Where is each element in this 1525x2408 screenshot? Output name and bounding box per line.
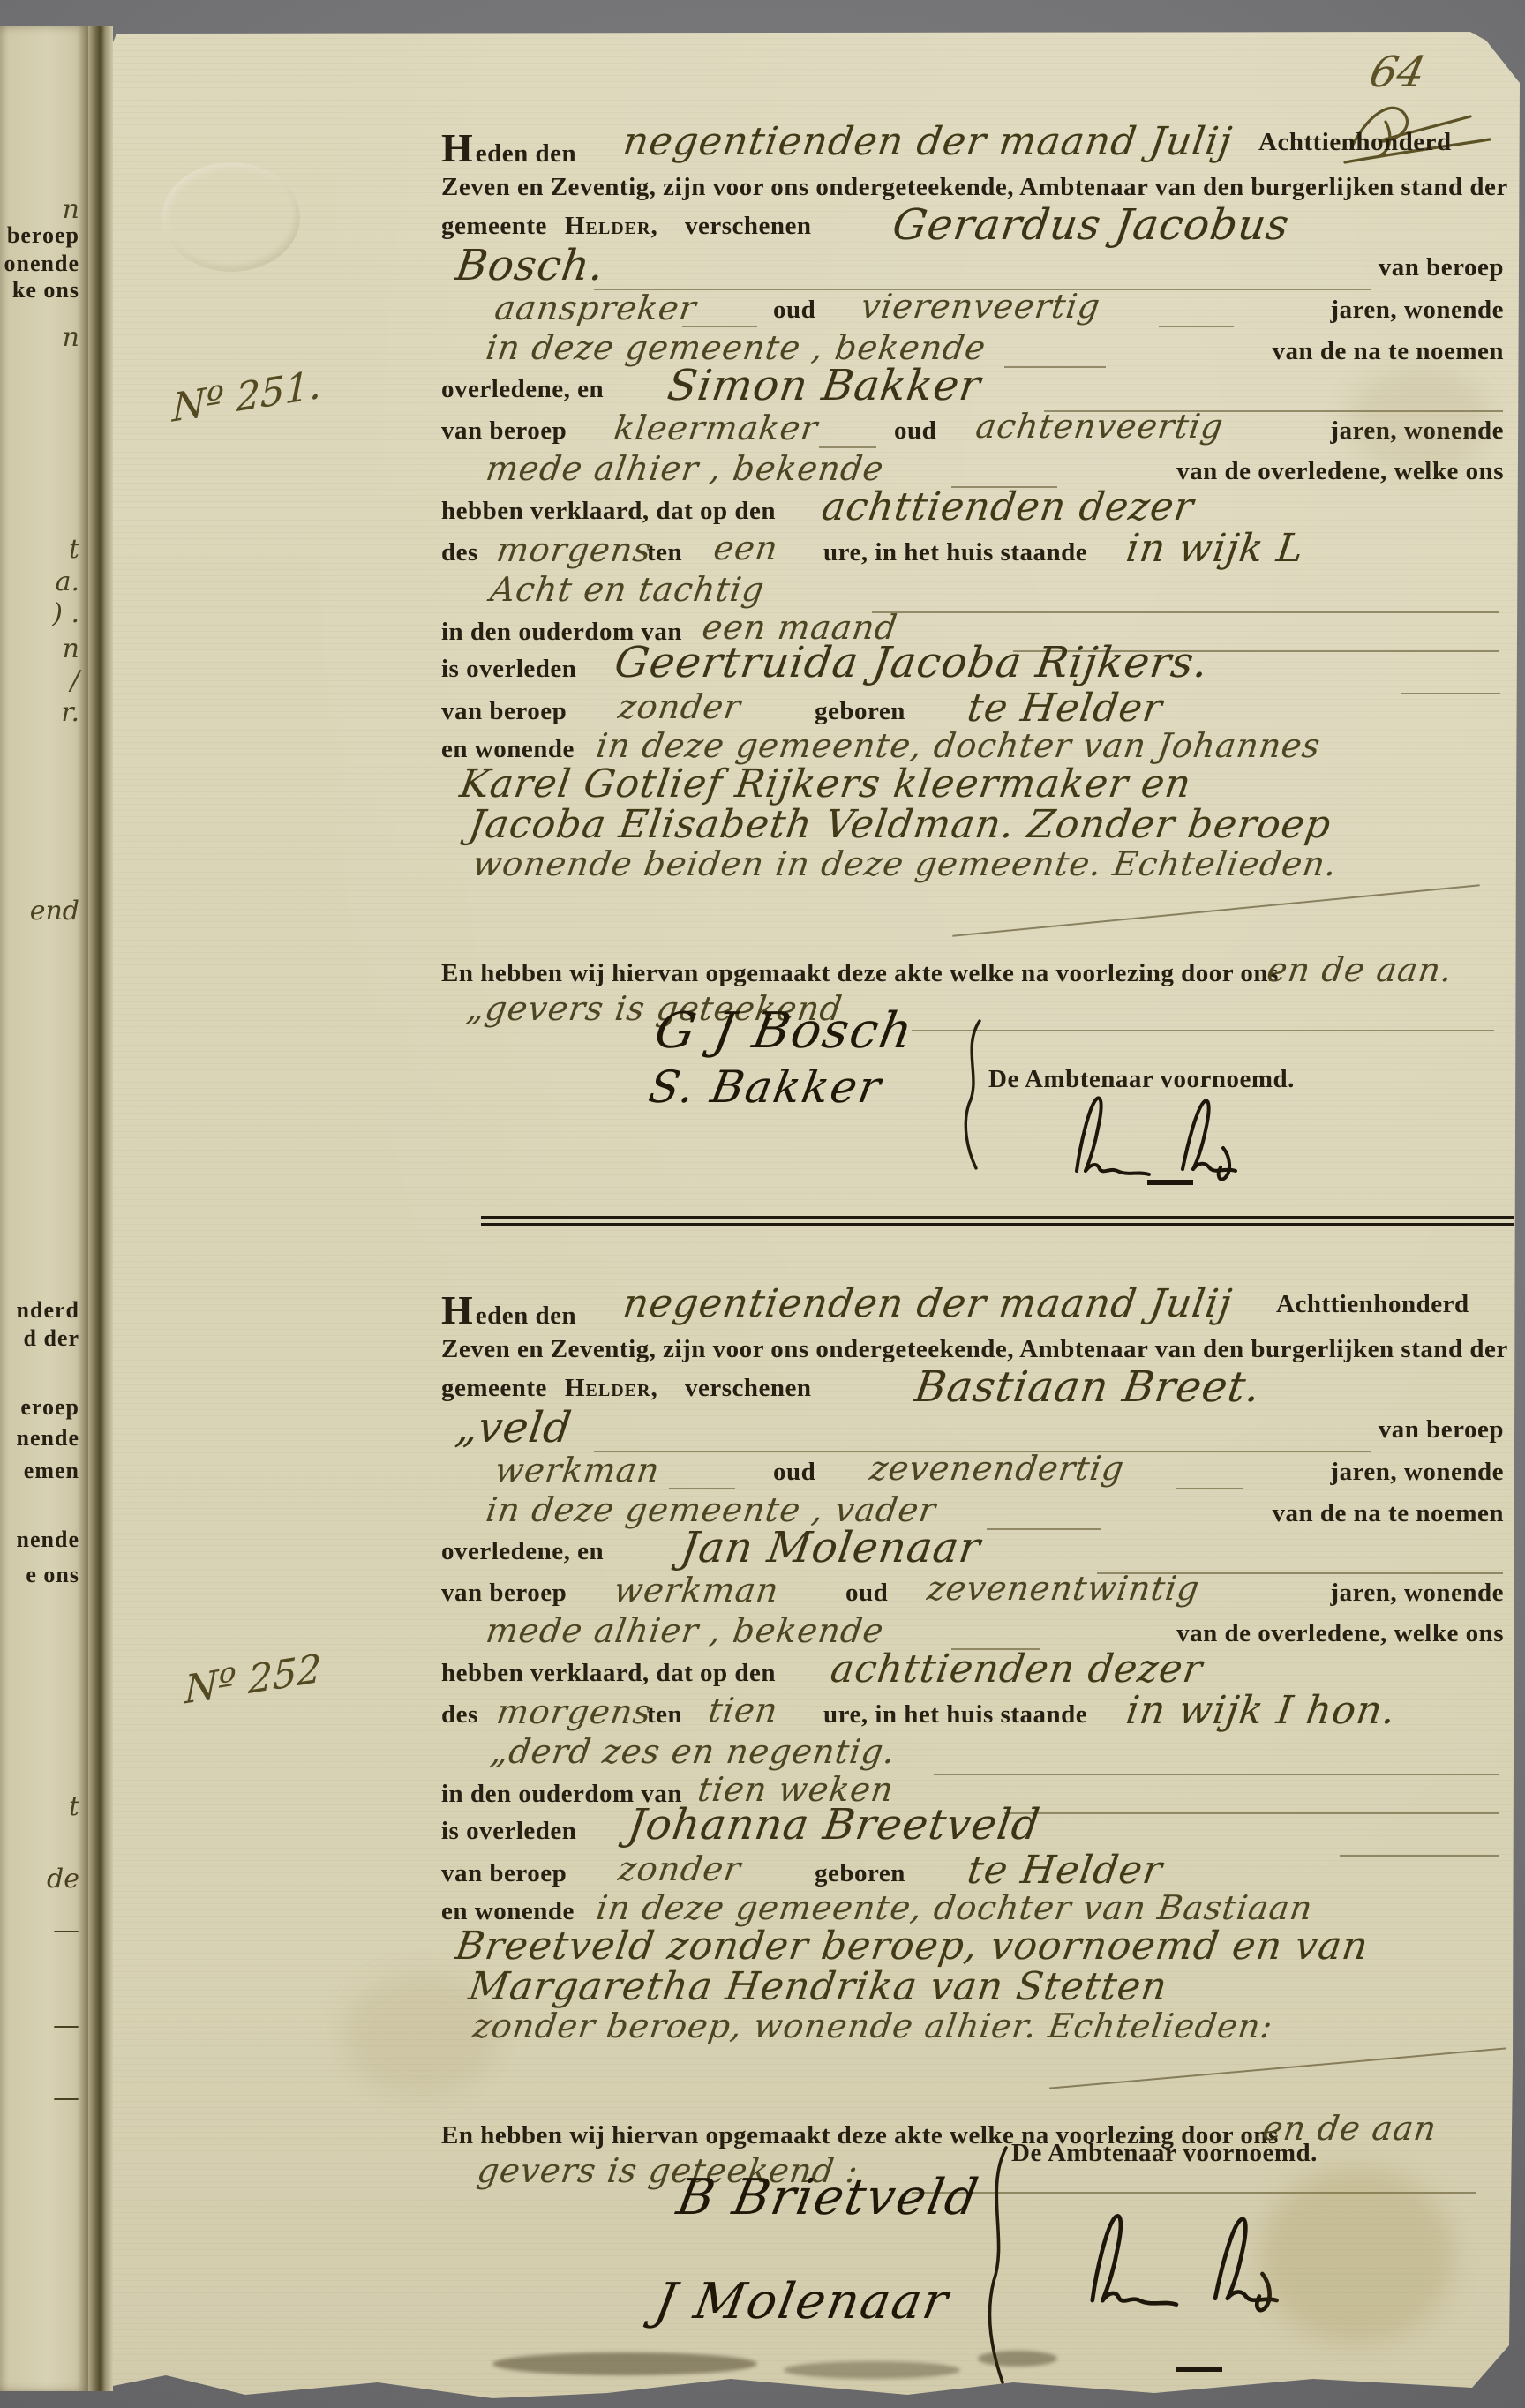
- page-edge-fragment: n: [63, 322, 79, 353]
- form-label-verklaard: hebben verklaard, dat op den: [441, 497, 776, 526]
- witness-signature-1: B Brietveld: [672, 2169, 983, 2226]
- page-edge-fragment: —: [53, 2010, 79, 2041]
- page-edge-fragment: ) .: [52, 598, 79, 629]
- form-label-jaren-wonende-2: jaren, wonende: [1330, 1579, 1504, 1608]
- witness-signature-2: S. Bakker: [645, 1061, 886, 1113]
- page-edge-fragment: ke ons: [12, 277, 79, 304]
- page-edge-fragment: beroep: [7, 222, 79, 249]
- form-label-heden-den: Heden den: [441, 124, 576, 171]
- page-edge-fragment: end: [30, 896, 79, 926]
- death-hour: tien: [706, 1691, 781, 1729]
- witness-signature-1: G J Bosch: [650, 1002, 918, 1060]
- form-label-geboren: geboren: [815, 1859, 905, 1888]
- parents-line2: Karel Gotlief Rijkers kleermaker en: [457, 761, 1194, 806]
- death-daypart: morgens: [494, 530, 654, 569]
- form-label-is-overleden: is overleden: [441, 1817, 576, 1846]
- deceased-occupation: zonder: [616, 1849, 744, 1888]
- declarant2-age: achtenveertig: [973, 407, 1226, 446]
- witness-signature-2: J Molenaar: [650, 2273, 953, 2330]
- act-separator: [481, 1216, 1514, 1226]
- form-label-van-beroep-2: van beroep: [441, 1579, 567, 1608]
- page-edge-fragment: r.: [61, 697, 79, 728]
- paper-stain: [1260, 2167, 1454, 2344]
- page-edge-fragment: t: [69, 534, 79, 565]
- paper-stain: [1348, 367, 1490, 473]
- page-edge-fragment: de: [47, 1864, 79, 1894]
- scanned-register-spread: nberoeponendeke onsnta.) .n/r.endnderdd …: [0, 0, 1525, 2408]
- page-edge-fragment: —: [53, 2082, 79, 2113]
- form-label-is-overleden: is overleden: [441, 655, 576, 684]
- edge-smudge: [784, 2361, 960, 2379]
- page-edge-fragment: /: [71, 665, 79, 696]
- form-label-des: des: [441, 1700, 478, 1729]
- parents-line1: in deze gemeente, dochter van Johannes: [594, 726, 1323, 765]
- death-hour: een: [711, 529, 781, 567]
- form-label-verschenen: verschenen: [685, 1374, 812, 1403]
- parents-line4: wonende beiden in deze gemeente. Echteli…: [470, 844, 1340, 883]
- page-edge-fragment: d der: [24, 1325, 80, 1352]
- form-label-helder: Helder,: [565, 212, 658, 241]
- deceased-birthplace: te Helder: [965, 686, 1166, 731]
- form-label-ure: ure, in het huis staande: [823, 1700, 1087, 1729]
- form-label-gemeente: gemeente: [441, 1374, 547, 1403]
- death-house-continued: „derd zes en negentig.: [488, 1732, 898, 1771]
- form-label-en-wonende: en wonende: [441, 735, 575, 764]
- form-label-oud: oud: [773, 296, 815, 325]
- form-label-van-beroep-3: van beroep: [441, 1859, 567, 1888]
- form-label-helder: Helder,: [565, 1374, 658, 1403]
- declarant2-name: Simon Bakker: [665, 361, 984, 410]
- deceased-occupation: zonder: [616, 687, 744, 726]
- form-label-overledene-en: overledene, en: [441, 375, 604, 404]
- form-label-na-te-noemen: van de na te noemen: [1273, 1499, 1504, 1528]
- form-label-na-te-noemen: van de na te noemen: [1273, 337, 1504, 366]
- declarant1-name-continued: „veld: [453, 1403, 575, 1452]
- page-edge-fragment: n: [63, 634, 79, 664]
- declarant1-name: Gerardus Jacobus: [890, 200, 1293, 250]
- form-label-jaren-wonende: jaren, wonende: [1330, 1458, 1504, 1487]
- page-edge-fragment: nderd: [17, 1297, 79, 1324]
- page-number: 64: [1365, 48, 1430, 97]
- form-label-gemeente: gemeente: [441, 212, 547, 241]
- signature-brace: [953, 1017, 988, 1172]
- death-daypart: morgens: [494, 1692, 654, 1731]
- ambtenaar-signature: [1050, 1093, 1271, 1181]
- declarant1-name: Bastiaan Breet.: [912, 1362, 1264, 1412]
- declarant1-occupation: aanspreker: [492, 289, 699, 327]
- page-edge-fragment: nende: [17, 1527, 79, 1553]
- form-preamble: Zeven en Zeventig, zijn voor ons onderge…: [441, 1335, 1508, 1364]
- form-label-achttienhonderd: Achttienhonderd: [1276, 1290, 1469, 1319]
- declarant1-occupation: werkman: [492, 1451, 663, 1489]
- previous-page-edge: nberoeponendeke onsnta.) .n/r.endnderdd …: [0, 26, 88, 2391]
- form-label-ten: ten: [647, 538, 682, 567]
- page-edge-fragment: —: [53, 1915, 79, 1946]
- form-label-verklaard: hebben verklaard, dat op den: [441, 1659, 776, 1688]
- binding-gutter: [88, 26, 113, 2391]
- death-record-251: Heden den negentienden der maand Julij A…: [113, 124, 1520, 1236]
- register-page: 64 Nº 251. Nº 252 Heden den negentienden…: [113, 32, 1520, 2400]
- death-day: achttienden dezer: [819, 484, 1197, 529]
- declarant2-age: zevenentwintig: [925, 1569, 1202, 1608]
- form-label-verschenen: verschenen: [685, 212, 812, 241]
- parents-line1: in deze gemeente, dochter van Bastiaan: [594, 1888, 1315, 1927]
- form-label-jaren-wonende: jaren, wonende: [1330, 296, 1504, 325]
- form-label-oud: oud: [773, 1458, 815, 1487]
- form-label-van-beroep: van beroep: [1379, 253, 1504, 282]
- form-label-en-wonende: en wonende: [441, 1897, 575, 1926]
- form-label-achttienhonderd: Achttienhonderd: [1258, 128, 1452, 157]
- declarant1-name-continued: Bosch.: [453, 241, 608, 290]
- page-edge-fragment: t: [69, 1791, 79, 1822]
- declarant1-age: vierenveertig: [859, 287, 1103, 326]
- parents-line3: Jacoba Elisabeth Veldman. Zonder beroep: [466, 802, 1334, 847]
- declarant2-residence: mede alhier , bekende: [484, 449, 887, 488]
- edge-smudge: [492, 2352, 757, 2375]
- closing-clause: En hebben wij hiervan opgemaakt deze akt…: [441, 959, 1279, 988]
- death-house: in wijk L: [1123, 526, 1307, 571]
- declarant2-name: Jan Molenaar: [678, 1523, 984, 1572]
- form-label-geboren: geboren: [815, 697, 905, 726]
- closing-handwritten-1: en de aan.: [1265, 950, 1455, 989]
- form-label-oud-2: oud: [845, 1579, 888, 1608]
- form-label-van-beroep-3: van beroep: [441, 697, 567, 726]
- deceased-name: Johanna Breetveld: [625, 1800, 1043, 1849]
- page-edge-fragment: eroep: [20, 1394, 79, 1421]
- deceased-name: Geertruida Jacoba Rijkers.: [612, 638, 1212, 687]
- edge-smudge: [978, 2351, 1057, 2367]
- page-edge-fragment: emen: [24, 1458, 79, 1484]
- death-day: achttienden dezer: [828, 1647, 1206, 1692]
- parents-line2: Breetveld zonder beroep, voornoemd en va…: [453, 1924, 1371, 1969]
- form-label-van-beroep-2: van beroep: [441, 416, 567, 446]
- page-edge-fragment: e ons: [26, 1562, 79, 1588]
- page-edge-fragment: a.: [56, 566, 79, 597]
- form-label-heden-den: Heden den: [441, 1287, 576, 1333]
- deceased-birthplace: te Helder: [965, 1848, 1166, 1893]
- parents-line4: zonder beroep, wonende alhier. Echtelied…: [470, 2007, 1275, 2045]
- form-label-ten: ten: [647, 1700, 682, 1729]
- declarant2-residence: mede alhier , bekende: [484, 1611, 887, 1650]
- form-label-overledene-welke: van de overledene, welke ons: [1176, 1619, 1504, 1648]
- paper-stain: [342, 1973, 501, 2097]
- death-house: in wijk I hon.: [1123, 1688, 1399, 1733]
- record-date: negentienden der maand Julij: [620, 1281, 1235, 1326]
- ambtenaar-label: De Ambtenaar voornoemd.: [988, 1065, 1295, 1094]
- page-edge-fragment: onende: [4, 251, 79, 277]
- form-label-des: des: [441, 538, 478, 567]
- form-preamble: Zeven en Zeventig, zijn voor ons onderge…: [441, 173, 1508, 202]
- declarant2-occupation: werkman: [612, 1571, 782, 1609]
- form-label-van-beroep: van beroep: [1379, 1415, 1504, 1444]
- record-date: negentienden der maand Julij: [620, 119, 1235, 164]
- form-label-ure: ure, in het huis staande: [823, 538, 1087, 567]
- declarant2-occupation: kleermaker: [612, 409, 821, 447]
- ambtenaar-label: De Ambtenaar voornoemd.: [1011, 2139, 1318, 2168]
- page-edge-fragment: n: [63, 194, 79, 225]
- declarant1-age: zevenendertig: [868, 1449, 1127, 1488]
- form-label-overledene-en: overledene, en: [441, 1537, 604, 1566]
- parents-line3: Margaretha Hendrika van Stetten: [466, 1964, 1170, 2009]
- death-house-continued: Acht en tachtig: [488, 570, 767, 609]
- page-edge-fragment: nende: [17, 1425, 79, 1452]
- form-label-oud-2: oud: [894, 416, 936, 446]
